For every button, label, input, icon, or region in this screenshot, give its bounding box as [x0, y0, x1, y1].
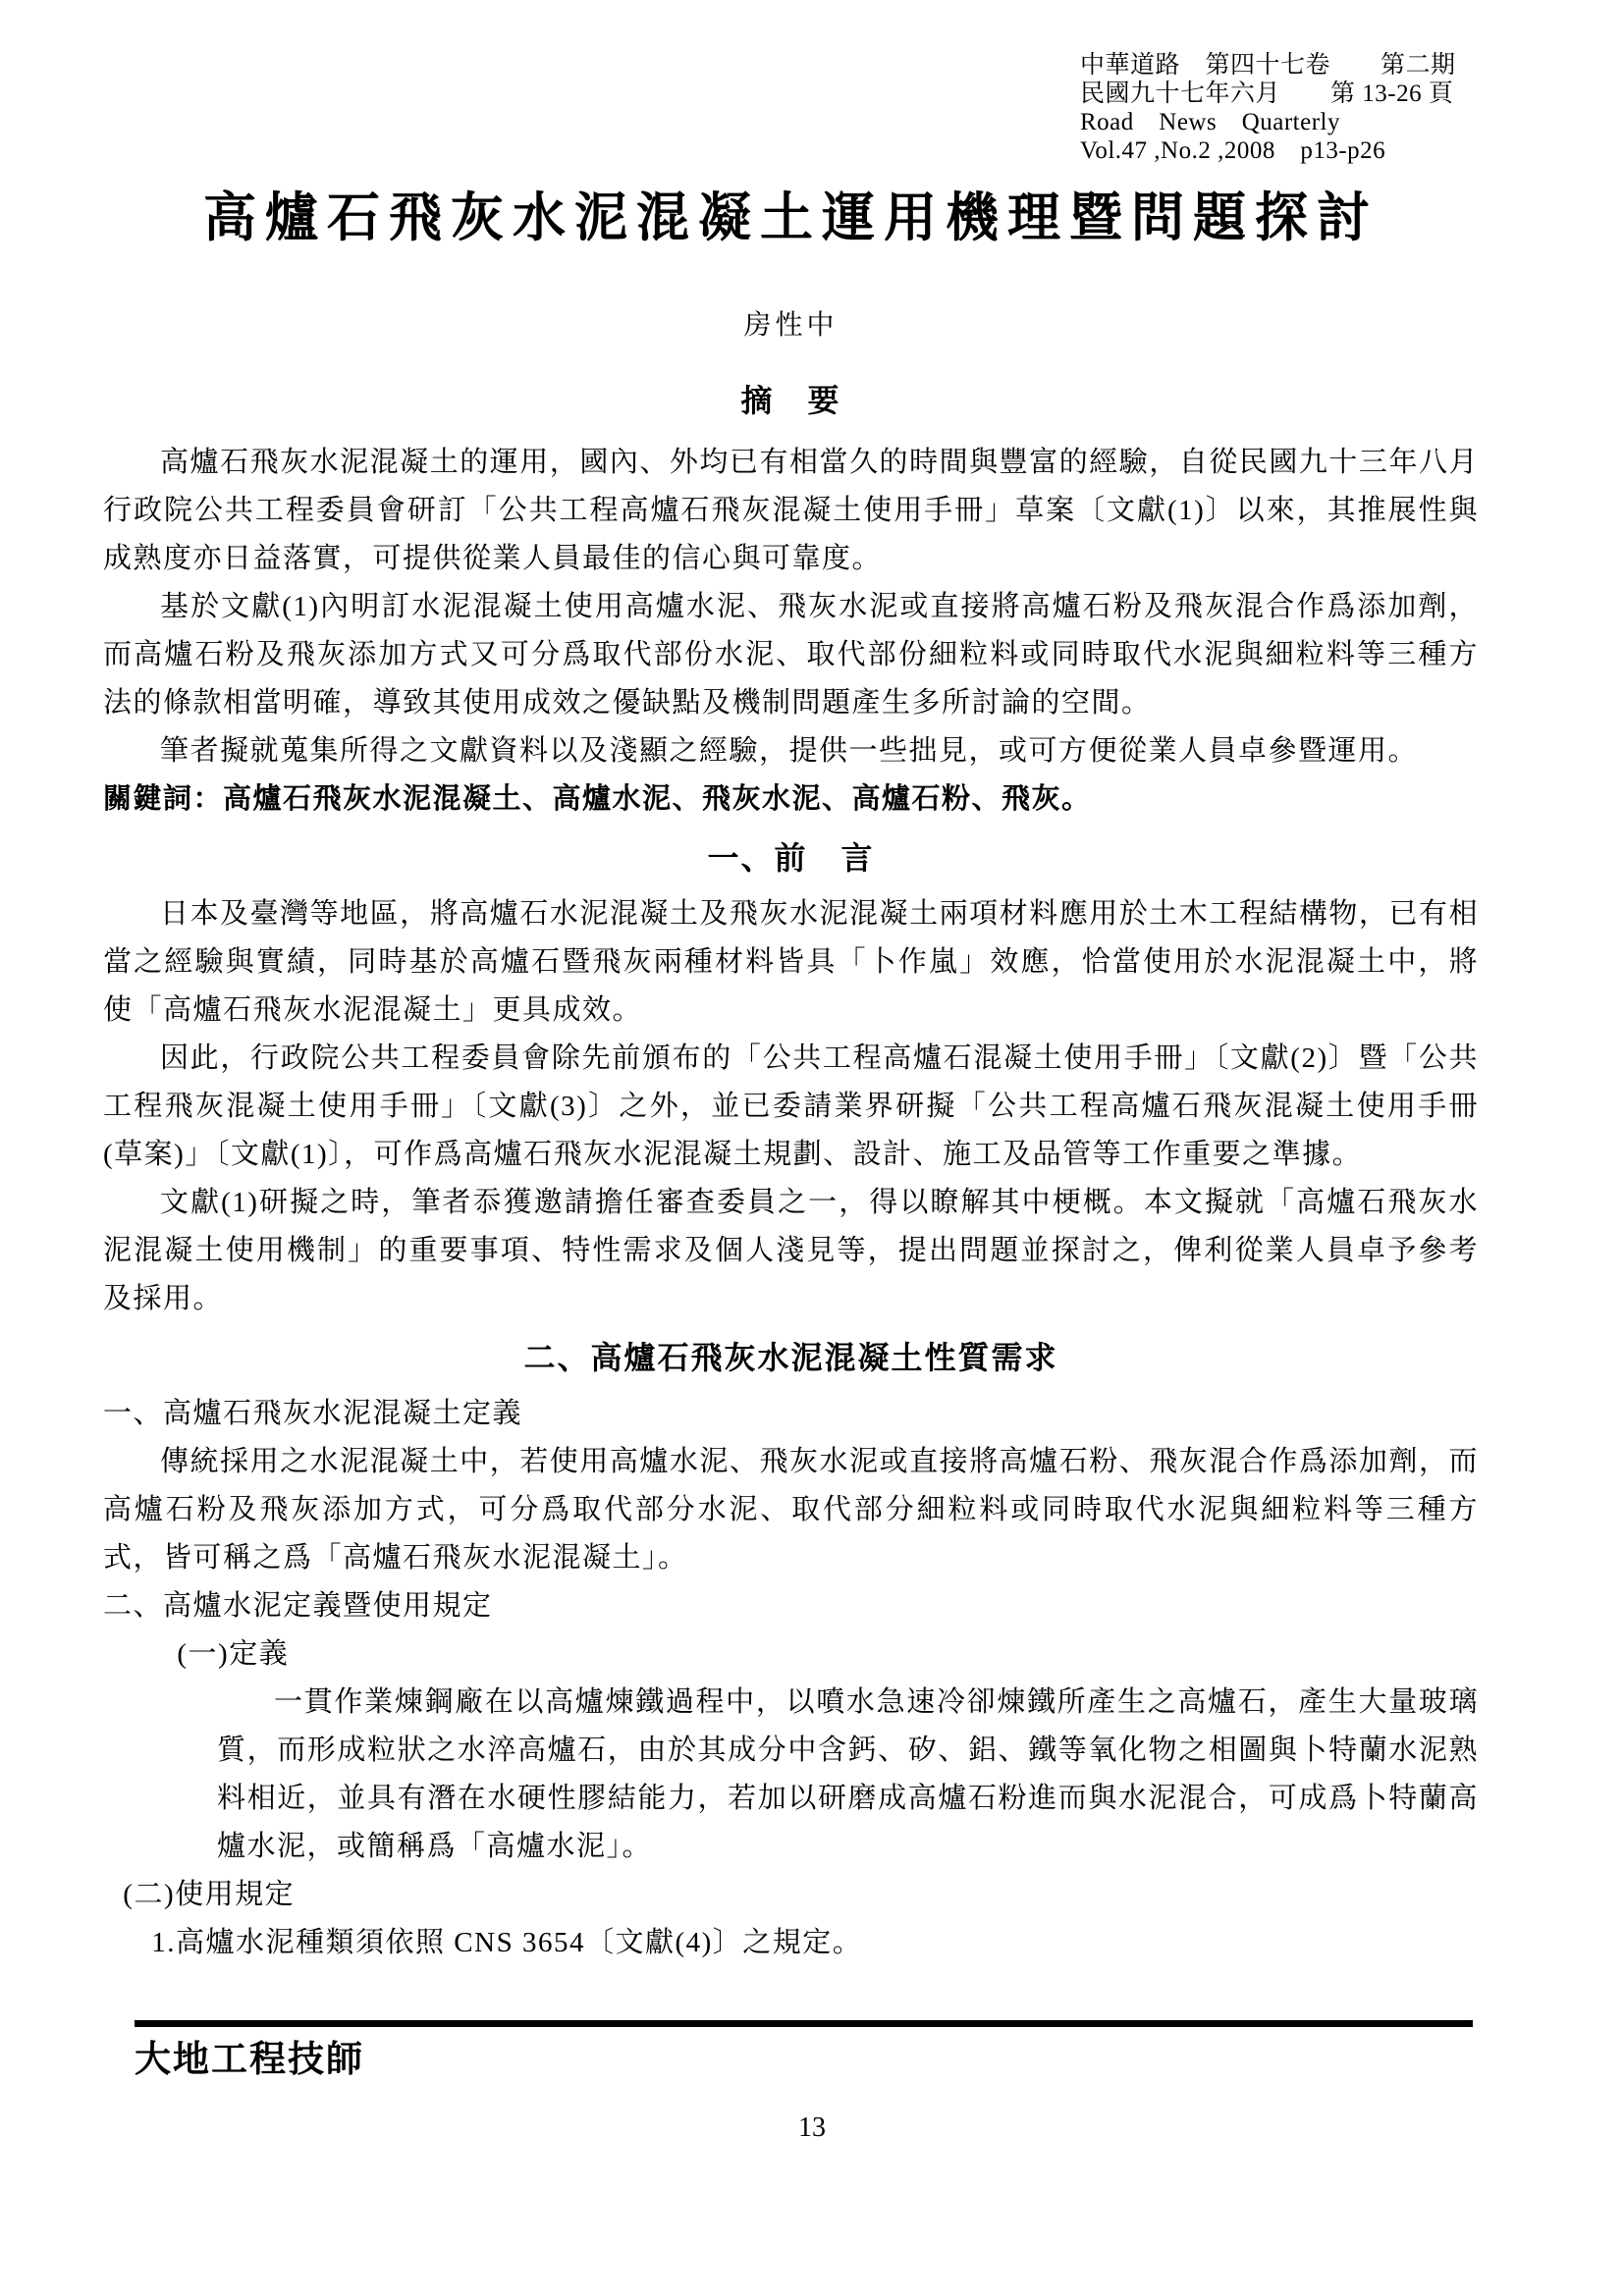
- journal-name-volume: 中華道路 第四十七卷 第二期: [1080, 51, 1456, 80]
- keywords-line: 關鍵詞：高爐石飛灰水泥混凝土、高爐水泥、飛灰水泥、高爐石粉、飛灰。: [103, 775, 1479, 824]
- subsection-1-heading: 一、高爐石飛灰水泥混凝土定義: [103, 1390, 1479, 1438]
- abstract-paragraph-2: 基於文獻(1)內明訂水泥混凝土使用高爐水泥、飛灰水泥或直接將高爐石粉及飛灰混合作…: [103, 583, 1479, 727]
- subsection-2-heading: 二、高爐水泥定義暨使用規定: [103, 1582, 1479, 1630]
- journal-date-pages: 民國九十七年六月 第 13-26 頁: [1080, 80, 1456, 108]
- abstract-paragraph-1: 高爐石飛灰水泥混凝土的運用，國內、外均已有相當久的時間與豐富的經驗，自從民國九十…: [103, 439, 1479, 583]
- footer-label: 大地工程技師: [135, 2029, 1473, 2082]
- section-1-paragraph-2: 因此，行政院公共工程委員會除先前頒布的「公共工程高爐石混凝土使用手冊」〔文獻(2…: [103, 1035, 1479, 1179]
- author-name: 房性中: [103, 303, 1479, 343]
- definition-paragraph: 一貫作業煉鋼廠在以高爐煉鐵過程中，以噴水急速冷卻煉鐵所產生之高爐石，產生大量玻璃…: [217, 1679, 1479, 1871]
- section-1-paragraph-1: 日本及臺灣等地區，將高爐石水泥混凝土及飛灰水泥混凝土兩項材料應用於土木工程結構物…: [103, 890, 1479, 1035]
- usage-rules-heading: (二)使用規定: [123, 1871, 1479, 1919]
- footer-rule: [135, 2020, 1473, 2027]
- subsection-1-paragraph: 傳統採用之水泥混凝土中，若使用高爐水泥、飛灰水泥或直接將高爐石粉、飛灰混合作爲添…: [103, 1438, 1479, 1582]
- usage-rule-item-1: 1.高爐水泥種類須依照 CNS 3654〔文獻(4)〕之規定。: [151, 1919, 1479, 1967]
- page-footer: 大地工程技師: [135, 2020, 1473, 2082]
- document-page: 中華道路 第四十七卷 第二期 民國九十七年六月 第 13-26 頁 Road N…: [0, 0, 1624, 2296]
- journal-header: 中華道路 第四十七卷 第二期 民國九十七年六月 第 13-26 頁 Road N…: [1080, 51, 1456, 165]
- page-number: 13: [0, 2112, 1624, 2144]
- section-1-heading: 一、前 言: [103, 833, 1479, 879]
- journal-volume-english: Vol.47 ,No.2 ,2008 p13-p26: [1080, 136, 1456, 165]
- journal-name-english: Road News Quarterly: [1080, 108, 1456, 136]
- abstract-heading: 摘 要: [103, 376, 1479, 421]
- section-2-heading: 二、高爐石飛灰水泥混凝土性質需求: [103, 1333, 1479, 1378]
- paper-title: 高爐石飛灰水泥混凝土運用機理暨問題探討: [103, 187, 1479, 250]
- abstract-paragraph-3: 筆者擬就蒐集所得之文獻資料以及淺顯之經驗，提供一些拙見，或可方便從業人員卓參暨運…: [103, 727, 1479, 775]
- section-1-paragraph-3: 文獻(1)研擬之時，筆者忝獲邀請擔任審查委員之一，得以瞭解其中梗概。本文擬就「高…: [103, 1179, 1479, 1323]
- definition-heading: (一)定義: [177, 1630, 1479, 1679]
